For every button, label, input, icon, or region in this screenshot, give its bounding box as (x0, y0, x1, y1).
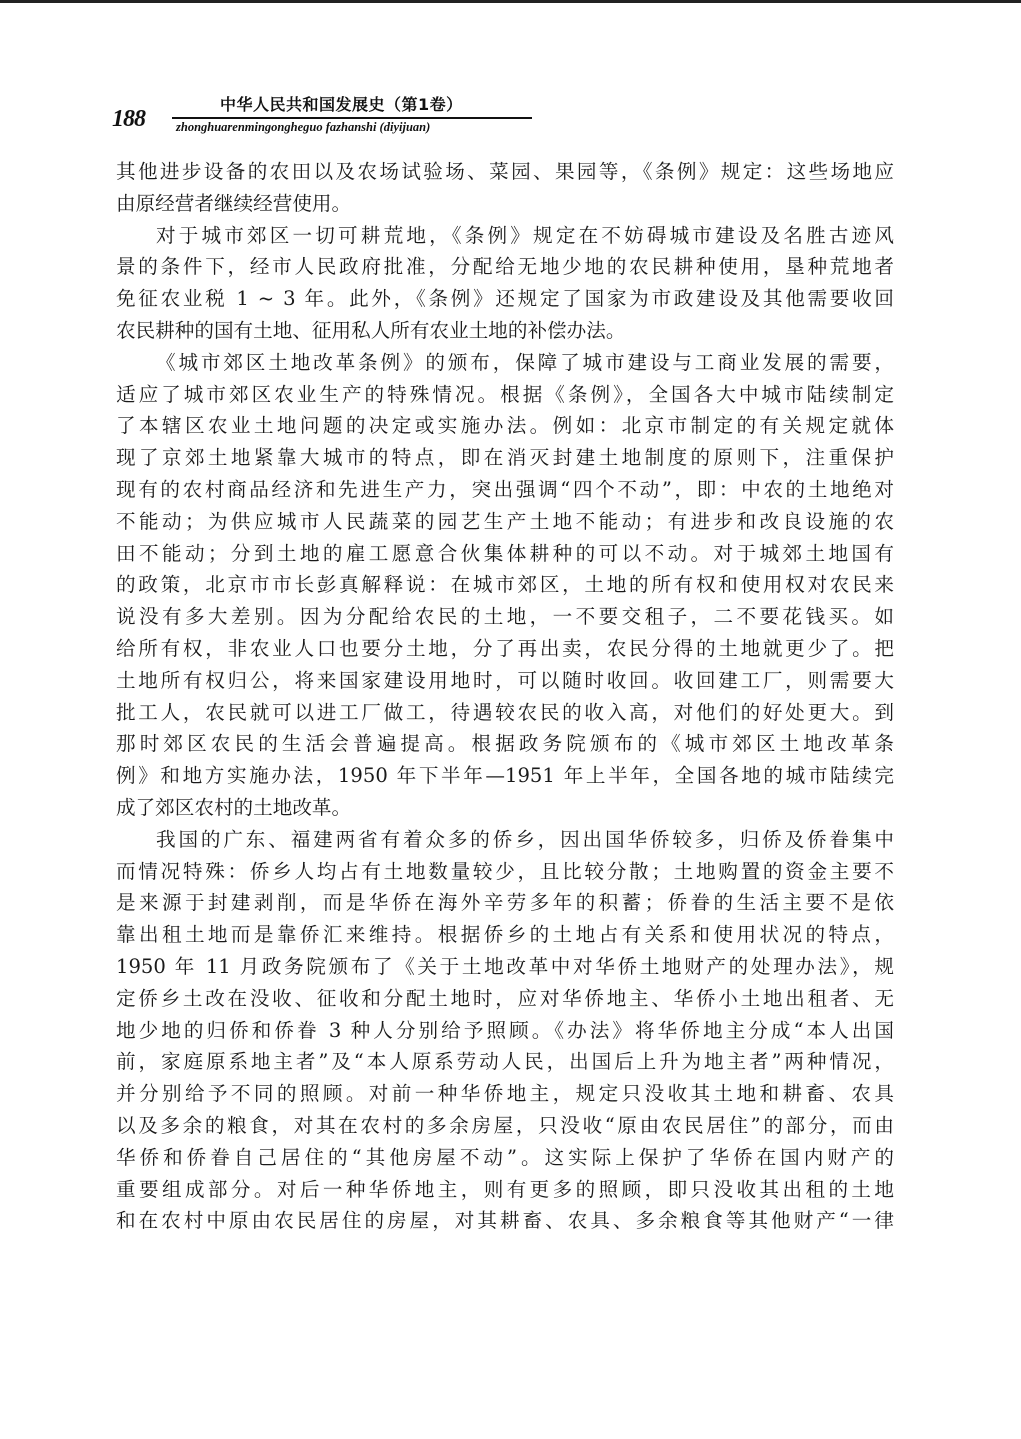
book-title: 中华人民共和国发展史（第1卷） (220, 92, 463, 115)
text-line: 而情况特殊：侨乡人均占有土地数量较少，且比较分散；土地购置的资金主要不 (116, 856, 894, 888)
text-line: 成了郊区农村的土地改革。 (116, 792, 894, 824)
text-line: 地少地的归侨和侨眷 3 种人分别给予照顾。《办法》将华侨地主分成“本人出国 (116, 1015, 894, 1047)
text-line: 1950 年 11 月政务院颁布了《关于土地改革中对华侨土地财产的处理办法》，规 (116, 951, 894, 983)
text-line: 批工人，农民就可以进工厂做工，待遇较农民的收入高，对他们的好处更大。到 (116, 697, 894, 729)
paragraph: 《城市郊区土地改革条例》的颁布，保障了城市建设与工商业发展的需要，适应了城市郊区… (116, 347, 894, 824)
text-line: 现了京郊土地紧靠大城市的特点，即在消灭封建土地制度的原则下，注重保护 (116, 442, 894, 474)
paragraph: 我国的广东、福建两省有着众多的侨乡，因出国华侨较多，归侨及侨眷集中而情况特殊：侨… (116, 824, 894, 1237)
text-line: 是来源于封建剥削，而是华侨在海外辛劳多年的积蓄；侨眷的生活主要不是依 (116, 887, 894, 919)
body-text: 其他进步设备的农田以及农场试验场、菜园、果园等，《条例》规定：这些场地应由原经营… (116, 156, 894, 1237)
text-line: 景的条件下，经市人民政府批准，分配给无地少地的农民耕种使用，垦种荒地者 (116, 251, 894, 283)
text-line: 由原经营者继续经营使用。 (116, 188, 894, 220)
text-line: 并分别给予不同的照顾。对前一种华侨地主，规定只没收其土地和耕畜、农具 (116, 1078, 894, 1110)
text-line: 的政策，北京市市长彭真解释说：在城市郊区，土地的所有权和使用权对农民来 (116, 569, 894, 601)
scan-top-border (0, 0, 1021, 3)
text-line: 田不能动；分到土地的雇工愿意合伙集体耕种的可以不动。对于城郊土地国有 (116, 538, 894, 570)
running-head: 188 中华人民共和国发展史（第1卷） zhonghuarenmingonghe… (112, 92, 532, 142)
text-line: 不能动；为供应城市人民蔬菜的园艺生产土地不能动；有进步和改良设施的农 (116, 506, 894, 538)
text-line: 和在农村中原由农民居住的房屋，对其耕畜、农具、多余粮食等其他财产“一律 (116, 1205, 894, 1237)
text-line: 我国的广东、福建两省有着众多的侨乡，因出国华侨较多，归侨及侨眷集中 (116, 824, 894, 856)
book-title-pinyin: zhonghuarenmingongheguo fazhanshi (diyij… (176, 120, 430, 135)
text-line: 靠出租土地而是靠侨汇来维持。根据侨乡的土地占有关系和使用状况的特点， (116, 919, 894, 951)
text-line: 《城市郊区土地改革条例》的颁布，保障了城市建设与工商业发展的需要， (116, 347, 894, 379)
text-line: 对于城市郊区一切可耕荒地，《条例》规定在不妨碍城市建设及名胜古迹风 (116, 220, 894, 252)
text-line: 了本辖区农业土地问题的决定或实施办法。例如：北京市制定的有关规定就体 (116, 410, 894, 442)
header-rule (172, 117, 532, 119)
paragraph: 其他进步设备的农田以及农场试验场、菜园、果园等，《条例》规定：这些场地应由原经营… (116, 156, 894, 220)
text-line: 农民耕种的国有土地、征用私人所有农业土地的补偿办法。 (116, 315, 894, 347)
text-line: 现有的农村商品经济和先进生产力，突出强调“四个不动”，即：中农的土地绝对 (116, 474, 894, 506)
text-line: 适应了城市郊区农业生产的特殊情况。根据《条例》，全国各大中城市陆续制定 (116, 379, 894, 411)
text-line: 以及多余的粮食，对其在农村的多余房屋，只没收“原由农民居住”的部分，而由 (116, 1110, 894, 1142)
text-line: 说没有多大差别。因为分配给农民的土地，一不要交租子，二不要花钱买。如 (116, 601, 894, 633)
text-line: 例》和地方实施办法，1950 年下半年—1951 年上半年，全国各地的城市陆续完 (116, 760, 894, 792)
text-line: 那时郊区农民的生活会普遍提高。根据政务院颁布的《城市郊区土地改革条 (116, 728, 894, 760)
text-line: 给所有权，非农业人口也要分土地，分了再出卖，农民分得的土地就更少了。把 (116, 633, 894, 665)
text-line: 前，家庭原系地主者”及“本人原系劳动人民，出国后上升为地主者”两种情况， (116, 1046, 894, 1078)
page-number: 188 (112, 106, 145, 133)
text-line: 重要组成部分。对后一种华侨地主，则有更多的照顾，即只没收其出租的土地 (116, 1174, 894, 1206)
text-line: 其他进步设备的农田以及农场试验场、菜园、果园等，《条例》规定：这些场地应 (116, 156, 894, 188)
text-line: 免征农业税 1 ~ 3 年。此外，《条例》还规定了国家为市政建设及其他需要收回 (116, 283, 894, 315)
text-line: 华侨和侨眷自己居住的“其他房屋不动”。这实际上保护了华侨在国内财产的 (116, 1142, 894, 1174)
text-line: 定侨乡土改在没收、征收和分配土地时，应对华侨地主、华侨小土地出租者、无 (116, 983, 894, 1015)
paragraph: 对于城市郊区一切可耕荒地，《条例》规定在不妨碍城市建设及名胜古迹风景的条件下，经… (116, 220, 894, 347)
text-line: 土地所有权归公，将来国家建设用地时，可以随时收回。收回建工厂，则需要大 (116, 665, 894, 697)
